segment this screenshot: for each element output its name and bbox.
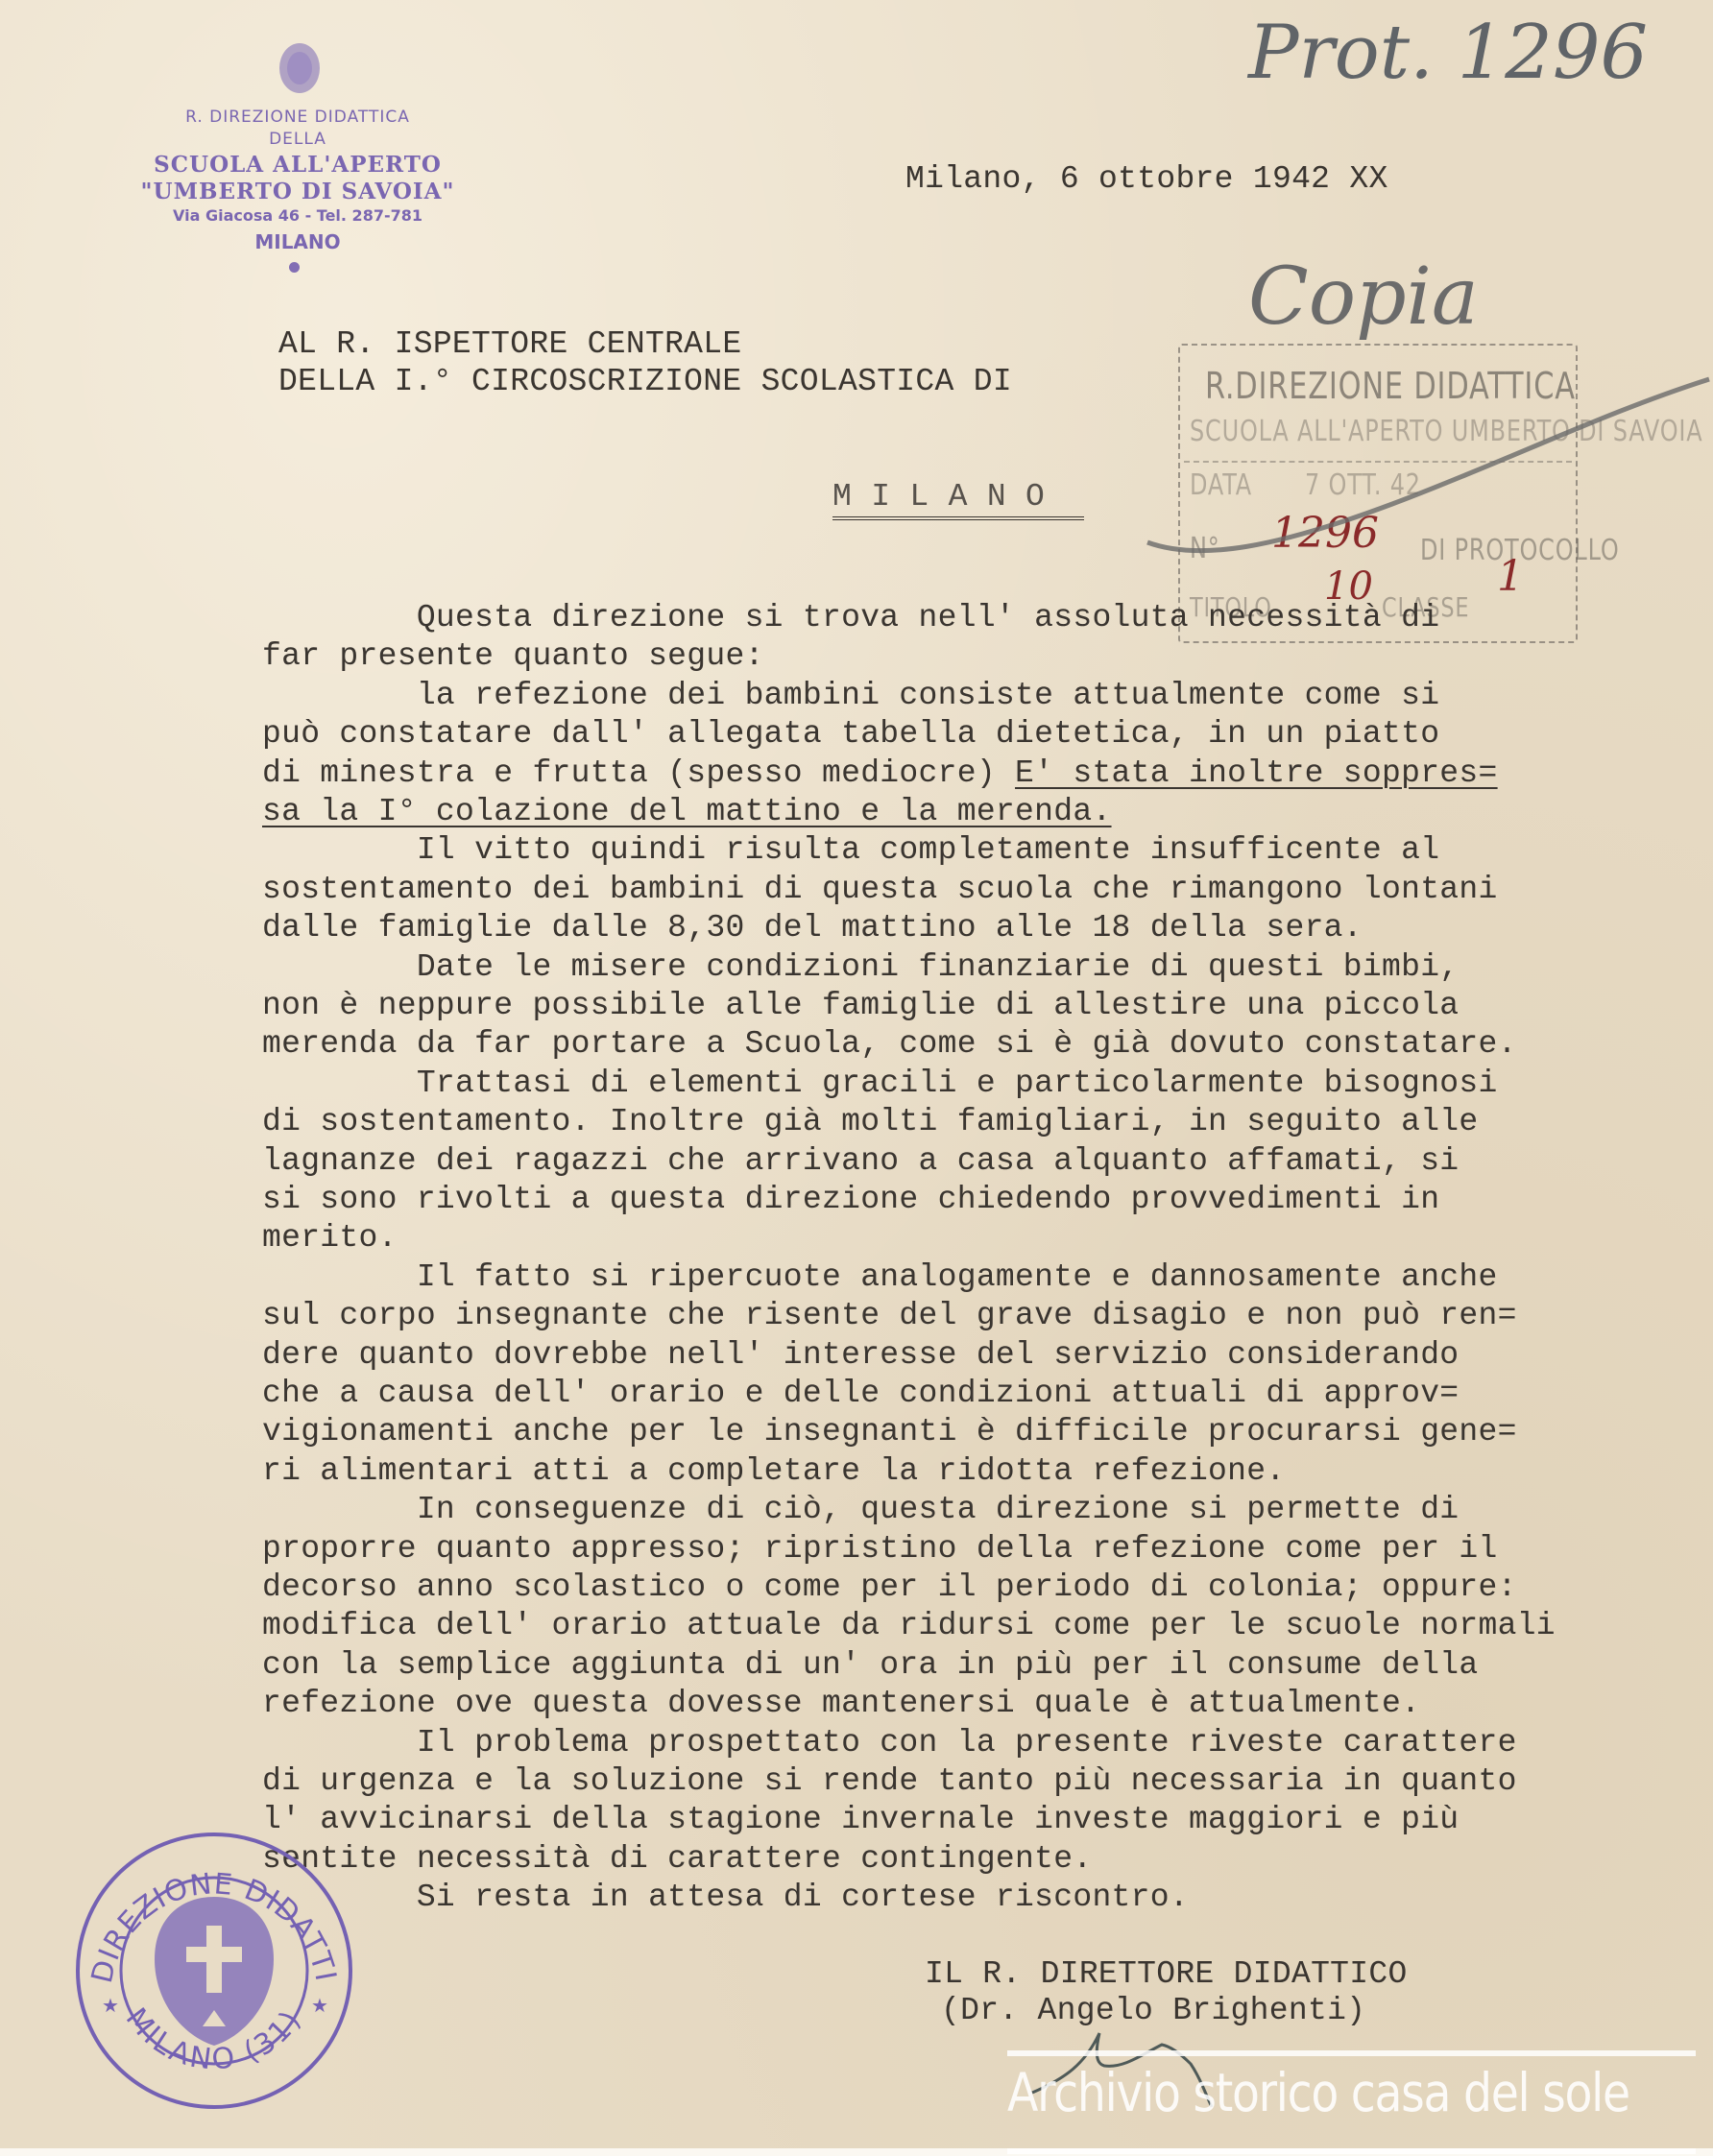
body-line: merenda da far portare a Scuola, come si… <box>262 1028 1517 1060</box>
star-icon: ★ <box>311 1994 328 2017</box>
signature-title: IL R. DIRETTORE DIDATTICO <box>925 1958 1408 1990</box>
archive-watermark: Archivio storico casa del sole <box>1007 2050 1696 2154</box>
body-line: di minestra e frutta (spesso mediocre) E… <box>262 757 1498 789</box>
letterhead-line-6: MILANO <box>154 230 442 253</box>
letterhead-line-3: SCUOLA ALL'APERTO <box>139 152 456 178</box>
body-line: non è neppure possibile alle famiglie di… <box>262 990 1459 1021</box>
star-icon: ★ <box>102 1994 119 2017</box>
body-line: In conseguenze di ciò, questa direzione … <box>262 1494 1459 1525</box>
body-line: refezione ove questa dovesse mantenersi … <box>262 1688 1420 1719</box>
body-line: la refezione dei bambini consiste attual… <box>262 680 1439 711</box>
body-line: far presente quanto segue: <box>262 640 764 672</box>
body-line: merito. <box>262 1222 398 1254</box>
body-line-text: di minestra e frutta (spesso mediocre) <box>262 755 1015 791</box>
body-line: sul corpo insegnante che risente del gra… <box>262 1300 1517 1331</box>
crest-icon <box>277 40 323 96</box>
body-line: Il problema prospettato con la presente … <box>262 1727 1517 1759</box>
body-line: sostentamento dei bambini di questa scuo… <box>262 874 1498 905</box>
body-line: con la semplice aggiunta di un' ora in p… <box>262 1649 1479 1681</box>
body-line: decorso anno scolastico o come per il pe… <box>262 1571 1517 1603</box>
body-line: Questa direzione si trova nell' assoluta… <box>262 602 1439 634</box>
round-stamp: R. DIREZIONE DIDATTICA MILANO (31) ★ ★ <box>73 1830 355 2112</box>
pencil-stroke <box>1143 326 1713 566</box>
addressee-line-2: DELLA I.° CIRCOSCRIZIONE SCOLASTICA DI <box>278 366 1012 397</box>
body-line: dere quanto dovrebbe nell' interesse del… <box>262 1339 1459 1371</box>
protocol-handwritten: Prot. 1296 <box>1248 10 1648 96</box>
watermark-text: Archivio storico casa del sole <box>1007 2062 1629 2123</box>
letterhead-line-4: "UMBERTO DI SAVOIA" <box>134 179 461 204</box>
body-line: Il fatto si ripercuote analogamente e da… <box>262 1261 1498 1293</box>
body-line: Date le misere condizioni finanziarie di… <box>262 951 1459 983</box>
body-line: vigionamenti anche per le insegnanti è d… <box>262 1416 1517 1448</box>
body-line: sentite necessità di carattere contingen… <box>262 1843 1092 1875</box>
savoy-cross-crest-icon <box>155 1897 274 2046</box>
body-line: proporre quanto appresso; ripristino del… <box>262 1533 1498 1565</box>
body-line: Si resta in attesa di cortese riscontro. <box>262 1881 1189 1913</box>
body-line: si sono rivolti a questa direzione chied… <box>262 1184 1439 1215</box>
body-line: può constatare dall' allegata tabella di… <box>262 718 1439 750</box>
body-line: di sostentamento. Inoltre già molti fami… <box>262 1106 1479 1138</box>
body-line: Trattasi di elementi gracili e particola… <box>262 1067 1498 1099</box>
body-line: lagnanze dei ragazzi che arrivano a casa… <box>262 1145 1459 1177</box>
addressee-line-1: AL R. ISPETTORE CENTRALE <box>278 328 741 360</box>
body-line-underlined: sa la I° colazione del mattino e la mere… <box>262 796 1112 827</box>
body-line: dalle famiglie dalle 8,30 del mattino al… <box>262 912 1363 944</box>
body-line: di urgenza e la soluzione si rende tanto… <box>262 1765 1517 1797</box>
addressee-city: M I L A N O <box>832 481 1084 520</box>
body-line: l' avvicinarsi della stagione invernale … <box>262 1804 1459 1835</box>
body-line: modifica dell' orario attuale da ridursi… <box>262 1610 1556 1641</box>
letterhead-line-5: Via Giacosa 46 - Tel. 287-781 <box>154 206 442 225</box>
letterhead-dot-icon <box>289 262 300 273</box>
signature-name: (Dr. Angelo Brighenti) <box>941 1995 1365 2026</box>
letterhead-line-1: R. DIREZIONE DIDATTICA <box>154 108 442 127</box>
date-line: Milano, 6 ottobre 1942 XX <box>905 163 1388 195</box>
body-line: che a causa dell' orario e delle condizi… <box>262 1377 1459 1409</box>
body-line-underlined: E' stata inoltre soppres= <box>1015 755 1498 791</box>
body-line: ri alimentari atti a completare la ridot… <box>262 1455 1285 1487</box>
letterhead-line-2: DELLA <box>154 130 442 149</box>
body-line: Il vitto quindi risulta completamente in… <box>262 834 1439 866</box>
